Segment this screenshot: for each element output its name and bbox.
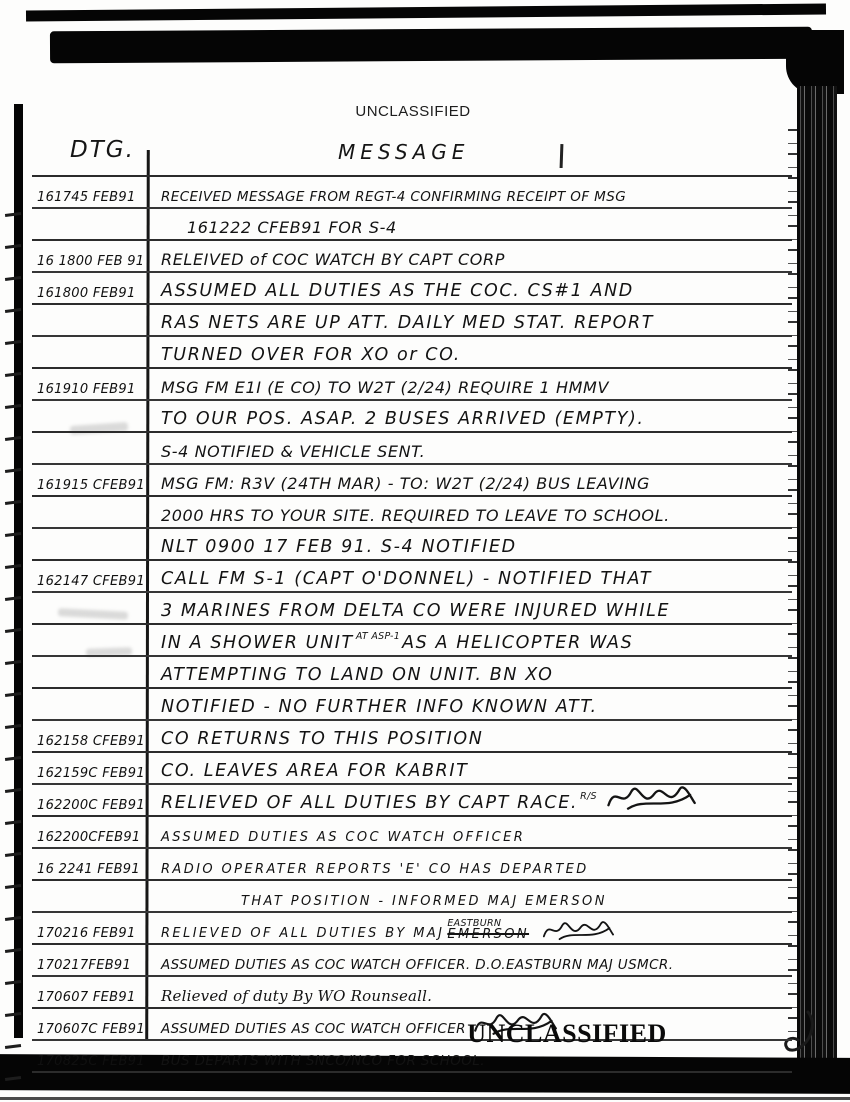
log-row: 161910 FEB91MSG FM E1I (E CO) TO W2T (2/… [32, 369, 792, 401]
log-row: 161800 FEB91ASSUMED ALL DUTIES AS THE CO… [32, 273, 792, 305]
log-row: RAS NETS ARE UP ATT. DAILY MED STAT. REP… [32, 305, 792, 337]
dtg-cell: 161800 FEB91 [32, 273, 151, 303]
message-text: ATTEMPTING TO LAND ON UNIT. BN XO [161, 665, 554, 685]
message-cell: TO OUR POS. ASAP. 2 BUSES ARRIVED (EMPTY… [151, 401, 792, 431]
message-text: TO OUR POS. ASAP. 2 BUSES ARRIVED (EMPTY… [161, 409, 645, 429]
log-row: 170217FEB91ASSUMED DUTIES AS COC WATCH O… [32, 945, 792, 977]
message-text: ASSUMED DUTIES AS COC WATCH OFFICER [161, 1021, 466, 1037]
message-text: ASSUMED DUTIES AS COC WATCH OFFICER [161, 830, 525, 845]
struck-text: EMERSON [447, 928, 529, 941]
message-text: Relieved of duty By WO Rounseall. [161, 987, 432, 1005]
dtg-cell [32, 305, 151, 335]
message-cell: ASSUMED DUTIES AS COC WATCH OFFICER. D.O… [151, 945, 792, 975]
log-row: 162147 CFEB91CALL FM S-1 (CAPT O'DONNEL)… [32, 561, 792, 593]
dtg-cell [32, 881, 151, 911]
message-cell: TURNED OVER FOR XO or CO. [151, 337, 792, 367]
message-text: AS A HELICOPTER WAS [402, 633, 633, 653]
message-text: THAT POSITION - INFORMED MAJ EMERSON [241, 894, 607, 909]
message-cell: 161222 CFEB91 FOR S-4 [151, 209, 792, 239]
log-row: 170607C FEB91ASSUMED DUTIES AS COC WATCH… [32, 1009, 792, 1041]
message-cell: RELIEVED OF ALL DUTIES BY MAJ EASTBURNEM… [151, 913, 792, 943]
message-text: RADIO OPERATER REPORTS 'E' CO HAS DEPART… [161, 862, 589, 877]
dtg-cell: 162159C FEB91 [32, 753, 151, 783]
message-text: RELEIVED of COC WATCH BY CAPT CORP [161, 250, 505, 269]
dtg-cell: 170825C FEB91 [32, 1041, 151, 1071]
classification-header: UNCLASSIFIED [348, 103, 478, 120]
dtg-cell: 161745 FEB91 [32, 177, 151, 207]
scan-edge-corner-blob [786, 30, 844, 94]
message-text: 2000 HRS TO YOUR SITE. REQUIRED TO LEAVE… [161, 506, 670, 525]
dtg-cell: 170607C FEB91 [32, 1009, 151, 1039]
message-cell: MSG FM: R3V (24TH MAR) - TO: W2T (2/24) … [151, 465, 792, 495]
message-text: ASSUMED DUTIES AS COC WATCH OFFICER. D.O… [161, 957, 673, 973]
dtg-cell: 161910 FEB91 [32, 369, 151, 399]
log-row: 161222 CFEB91 FOR S-4 [32, 209, 792, 241]
message-cell: MSG FM E1I (E CO) TO W2T (2/24) REQUIRE … [151, 369, 792, 399]
dtg-cell: 170607 FEB91 [32, 977, 151, 1007]
message-cell: RECEIVED MESSAGE FROM REGT-4 CONFIRMING … [151, 177, 792, 207]
message-cell: RELEIVED of COC WATCH BY CAPT CORP [151, 241, 792, 271]
message-cell: Relieved of duty By WO Rounseall. [151, 977, 792, 1007]
message-cell: RELIEVED OF ALL DUTIES BY CAPT RACE. R/S [151, 785, 792, 815]
message-cell: S-4 NOTIFIED & VEHICLE SENT. [151, 433, 792, 463]
classification-footer: UNCLASSIFIED [462, 1019, 672, 1049]
message-text: TURNED OVER FOR XO or CO. [161, 345, 461, 365]
dtg-cell: 170217FEB91 [32, 945, 151, 975]
message-cell: 2000 HRS TO YOUR SITE. REQUIRED TO LEAVE… [151, 497, 792, 527]
message-cell: THAT POSITION - INFORMED MAJ EMERSON [151, 881, 792, 911]
log-row: 170607 FEB91Relieved of duty By WO Rouns… [32, 977, 792, 1009]
message-text: RELIEVED OF ALL DUTIES BY MAJ [161, 926, 444, 941]
dtg-cell: 16 2241 FEB91 [32, 849, 151, 879]
column-header-dtg: DTG. [70, 137, 135, 163]
dtg-cell [32, 529, 151, 559]
scan-edge-top-line [26, 4, 826, 22]
dtg-cell [32, 689, 151, 719]
log-rows: 161745 FEB91RECEIVED MESSAGE FROM REGT-4… [32, 175, 792, 1073]
message-text: RAS NETS ARE UP ATT. DAILY MED STAT. REP… [161, 313, 654, 333]
inserted-note: AT ASP-1 [356, 631, 400, 642]
log-row: 16 2241 FEB91RADIO OPERATER REPORTS 'E' … [32, 849, 792, 881]
message-cell: 3 MARINES FROM DELTA CO WERE INJURED WHI… [151, 593, 792, 623]
log-row: TO OUR POS. ASAP. 2 BUSES ARRIVED (EMPTY… [32, 401, 792, 433]
dtg-cell [32, 497, 151, 527]
signature-scrawl [605, 779, 697, 813]
dtg-cell [32, 625, 151, 655]
message-text: RECEIVED MESSAGE FROM REGT-4 CONFIRMING … [161, 189, 626, 205]
dtg-cell: 162200C FEB91 [32, 785, 151, 815]
log-row: 3 MARINES FROM DELTA CO WERE INJURED WHI… [32, 593, 792, 625]
corrected-text: EASTBURNEMERSON [447, 919, 529, 942]
log-row: NOTIFIED - NO FURTHER INFO KNOWN ATT. [32, 689, 792, 721]
message-text: MSG FM E1I (E CO) TO W2T (2/24) REQUIRE … [161, 378, 609, 397]
scanned-log-page: UNCLASSIFIED DTG. MESSAGE 161745 FEB91RE… [0, 0, 850, 1102]
dtg-cell: 162147 CFEB91 [32, 561, 151, 591]
signature-scrawl [538, 917, 618, 941]
scan-edge-binding-band [797, 86, 837, 1060]
column-header-message: MESSAGE [338, 140, 469, 164]
message-text: BUS DEPARTS WITH SNCO/NCO FOR SCHOOL. [161, 1053, 485, 1069]
scan-edge-bottom-line [0, 1097, 850, 1100]
log-row: 2000 HRS TO YOUR SITE. REQUIRED TO LEAVE… [32, 497, 792, 529]
scan-edge-top-band [50, 27, 812, 64]
message-cell: ATTEMPTING TO LAND ON UNIT. BN XO [151, 657, 792, 687]
message-text: CO RETURNS TO THIS POSITION [161, 729, 483, 749]
log-row: 161915 CFEB91MSG FM: R3V (24TH MAR) - TO… [32, 465, 792, 497]
log-row: NLT 0900 17 FEB 91. S-4 NOTIFIED [32, 529, 792, 561]
log-row: IN A SHOWER UNIT AT ASP-1 AS A HELICOPTE… [32, 625, 792, 657]
log-row: S-4 NOTIFIED & VEHICLE SENT. [32, 433, 792, 465]
message-cell: ASSUMED DUTIES AS COC WATCH OFFICER [151, 817, 792, 847]
log-row: 16 1800 FEB 91RELEIVED of COC WATCH BY C… [32, 241, 792, 273]
dtg-cell: 161915 CFEB91 [32, 465, 151, 495]
message-text: NOTIFIED - NO FURTHER INFO KNOWN ATT. [161, 697, 598, 717]
message-cell: NLT 0900 17 FEB 91. S-4 NOTIFIED [151, 529, 792, 559]
log-row: 170825C FEB91BUS DEPARTS WITH SNCO/NCO F… [32, 1041, 792, 1073]
message-cell: ASSUMED ALL DUTIES AS THE COC. CS#1 AND [151, 273, 792, 303]
message-text: 3 MARINES FROM DELTA CO WERE INJURED WHI… [161, 601, 670, 621]
dtg-cell [32, 433, 151, 463]
log-row: 162200C FEB91RELIEVED OF ALL DUTIES BY C… [32, 785, 792, 817]
dtg-cell: 170216 FEB91 [32, 913, 151, 943]
message-cell: IN A SHOWER UNIT AT ASP-1 AS A HELICOPTE… [151, 625, 792, 655]
message-cell: CALL FM S-1 (CAPT O'DONNEL) - NOTIFIED T… [151, 561, 792, 591]
dtg-cell [32, 401, 151, 431]
message-cell: RAS NETS ARE UP ATT. DAILY MED STAT. REP… [151, 305, 792, 335]
dtg-cell: 162158 CFEB91 [32, 721, 151, 751]
message-text: ASSUMED ALL DUTIES AS THE COC. CS#1 AND [161, 281, 634, 301]
log-row: TURNED OVER FOR XO or CO. [32, 337, 792, 369]
message-text: 161222 CFEB91 FOR S-4 [187, 218, 397, 237]
message-text: NLT 0900 17 FEB 91. S-4 NOTIFIED [161, 537, 517, 557]
dtg-cell [32, 337, 151, 367]
message-text: CALL FM S-1 (CAPT O'DONNEL) - NOTIFIED T… [161, 569, 652, 589]
dtg-cell: 162200CFEB91 [32, 817, 151, 847]
dtg-cell [32, 593, 151, 623]
message-text: CO. LEAVES AREA FOR KABRIT [161, 761, 468, 781]
log-row: THAT POSITION - INFORMED MAJ EMERSON [32, 881, 792, 913]
log-row: 162158 CFEB91CO RETURNS TO THIS POSITION [32, 721, 792, 753]
message-text: MSG FM: R3V (24TH MAR) - TO: W2T (2/24) … [161, 474, 650, 493]
dtg-cell [32, 657, 151, 687]
dtg-cell: 16 1800 FEB 91 [32, 241, 151, 271]
message-cell: NOTIFIED - NO FURTHER INFO KNOWN ATT. [151, 689, 792, 719]
log-row: 161745 FEB91RECEIVED MESSAGE FROM REGT-4… [32, 177, 792, 209]
message-text: RELIEVED OF ALL DUTIES BY CAPT RACE. [161, 793, 578, 813]
log-row: 162200CFEB91ASSUMED DUTIES AS COC WATCH … [32, 817, 792, 849]
log-row: 170216 FEB91RELIEVED OF ALL DUTIES BY MA… [32, 913, 792, 945]
message-cell: CO RETURNS TO THIS POSITION [151, 721, 792, 751]
log-row: ATTEMPTING TO LAND ON UNIT. BN XO [32, 657, 792, 689]
inserted-note: R/S [580, 791, 597, 802]
dtg-cell [32, 209, 151, 239]
message-text: IN A SHOWER UNIT [161, 633, 354, 653]
message-cell: RADIO OPERATER REPORTS 'E' CO HAS DEPART… [151, 849, 792, 879]
stray-pen-mark [560, 144, 563, 168]
message-text: S-4 NOTIFIED & VEHICLE SENT. [161, 442, 425, 461]
